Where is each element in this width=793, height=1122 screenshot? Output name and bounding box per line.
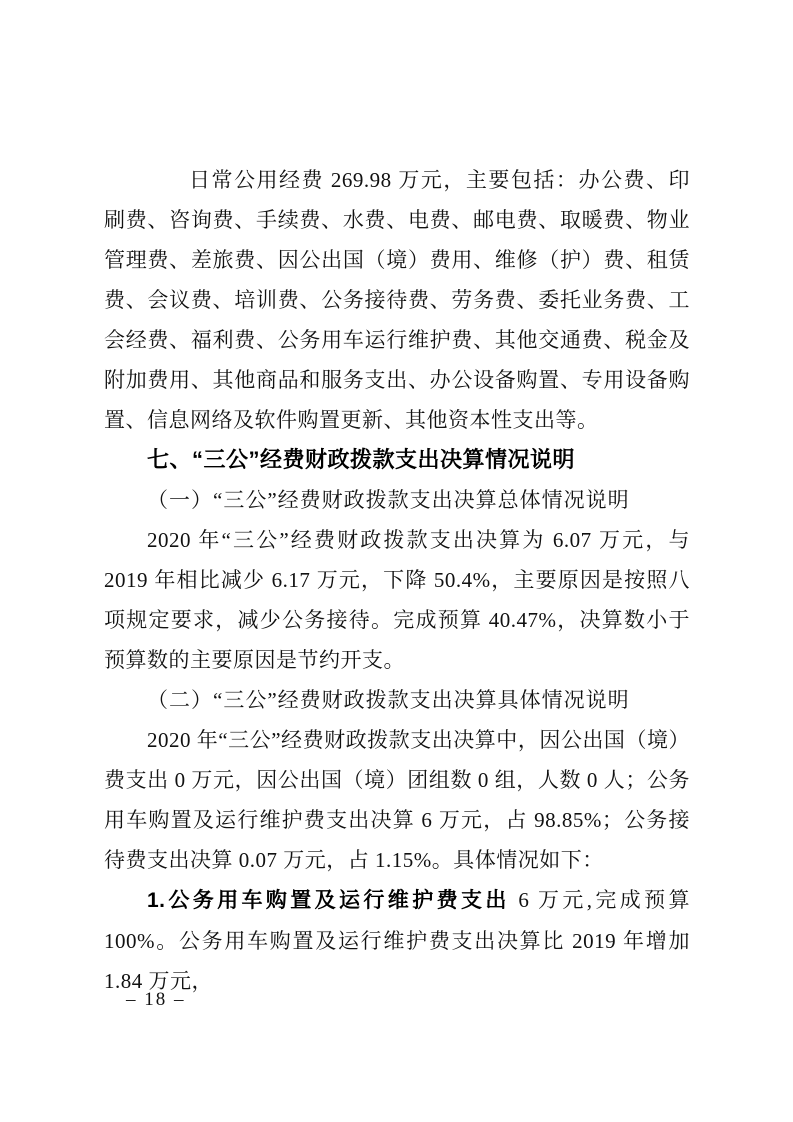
page-number: – 18 – — [126, 988, 186, 1012]
document-page: 日常公用经费 269.98 万元，主要包括：办公费、印刷费、咨询费、手续费、水费… — [0, 0, 793, 1122]
heading-section-seven: 七、“三公”经费财政拨款支出决算情况说明 — [104, 440, 690, 480]
heading-subsection-one: （一）“三公”经费财政拨款支出决算总体情况说明 — [104, 480, 690, 520]
paragraph-vehicle-expense: 1.公务用车购置及运行维护费支出 6 万元,完成预算 100%。公务用车购置及运… — [104, 880, 690, 1001]
paragraph-daily-public-expenses: 日常公用经费 269.98 万元，主要包括：办公费、印刷费、咨询费、手续费、水费… — [104, 160, 690, 440]
vehicle-expense-title: 1.公务用车购置及运行维护费支出 — [147, 889, 510, 912]
document-content: 日常公用经费 269.98 万元，主要包括：办公费、印刷费、咨询费、手续费、水费… — [104, 160, 690, 1001]
paragraph-overall-explanation: 2020 年“三公”经费财政拨款支出决算为 6.07 万元，与 2019 年相比… — [104, 520, 690, 680]
heading-subsection-two: （二）“三公”经费财政拨款支出决算具体情况说明 — [104, 680, 690, 720]
paragraph-specific-explanation: 2020 年“三公”经费财政拨款支出决算中，因公出国（境）费支出 0 万元，因公… — [104, 720, 690, 880]
